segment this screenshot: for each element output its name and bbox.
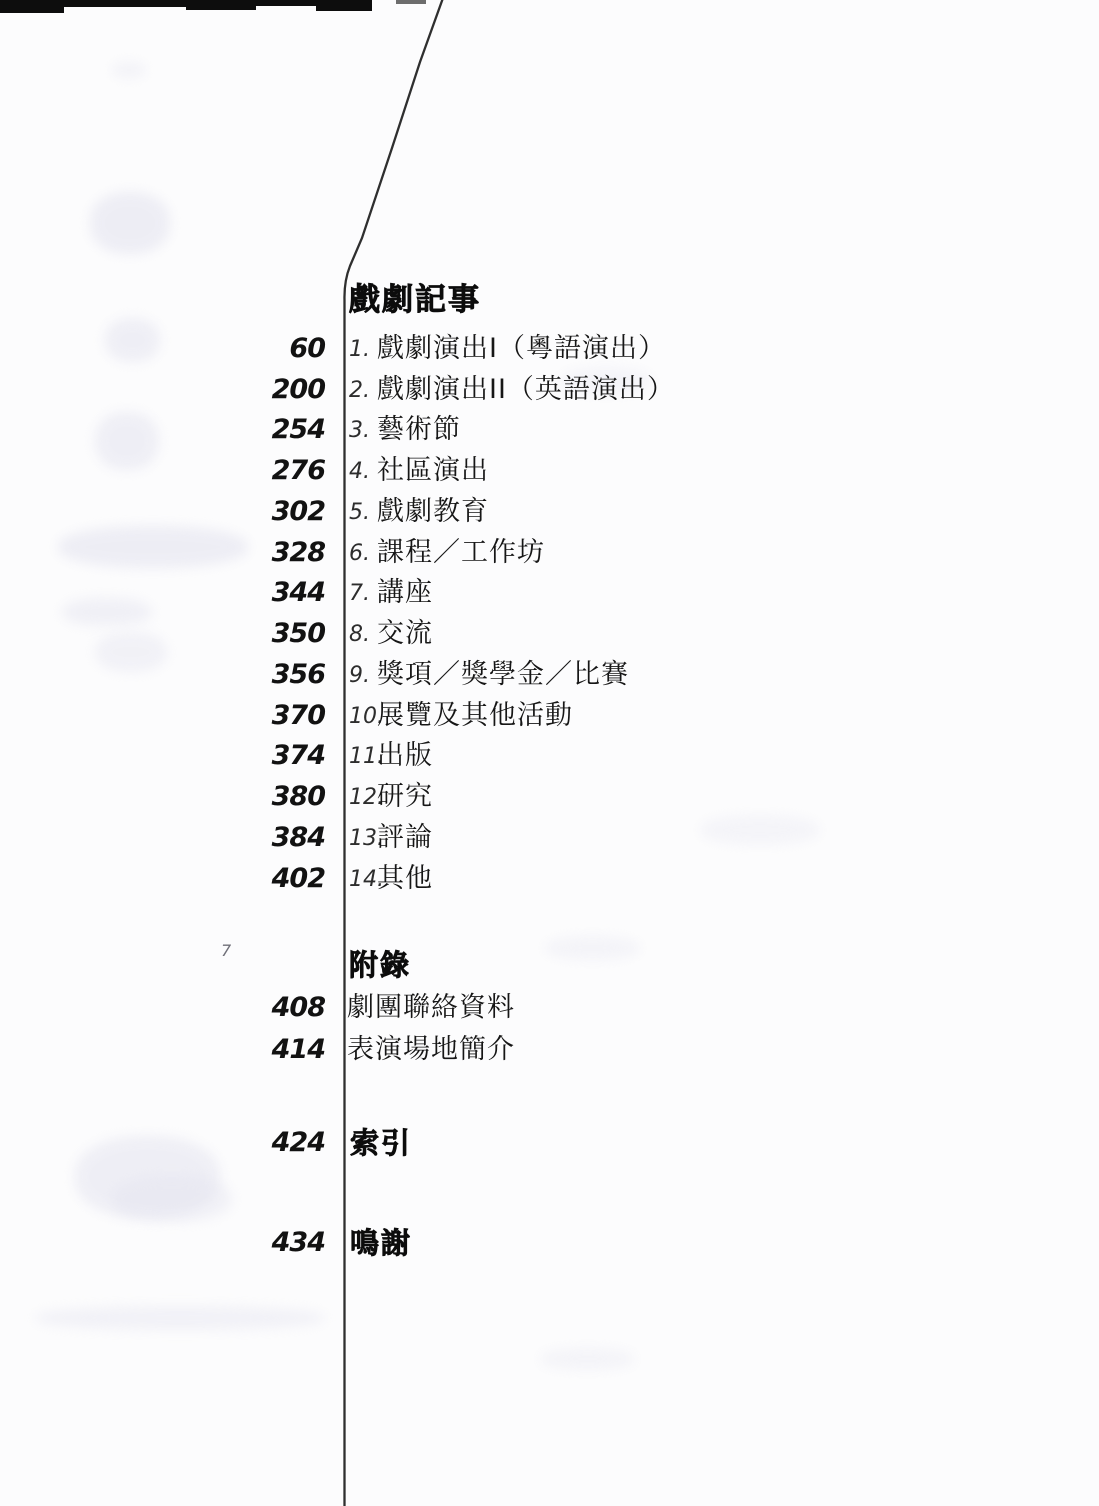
page-number: 356 bbox=[0, 658, 325, 692]
item-number: 1. bbox=[349, 337, 370, 363]
item-title: 評論 bbox=[377, 822, 433, 854]
page-number: 370 bbox=[0, 699, 325, 733]
toc-row: 380 12. 研究 bbox=[0, 780, 760, 814]
toc-row: 328 6. 課程／工作坊 bbox=[0, 536, 760, 570]
item-title: 課程／工作坊 bbox=[377, 537, 545, 569]
item-title: 藝術節 bbox=[377, 414, 461, 446]
smudge bbox=[90, 192, 170, 254]
page-number: 200 bbox=[0, 373, 325, 407]
toc-row: 384 13. 評論 bbox=[0, 821, 760, 855]
toc-row: 370 10. 展覽及其他活動 bbox=[0, 699, 760, 733]
page-number: 424 bbox=[0, 1126, 325, 1160]
scan-artifact-segment bbox=[186, 0, 256, 10]
appendix-row: 408 劇團聯絡資料 bbox=[0, 991, 760, 1025]
item-title: 劇團聯絡資料 bbox=[347, 992, 515, 1024]
smudge bbox=[35, 1306, 325, 1330]
page-number: 328 bbox=[0, 536, 325, 570]
page-number: 384 bbox=[0, 821, 325, 855]
page-number: 350 bbox=[0, 617, 325, 651]
margin-mark: 7 bbox=[221, 941, 231, 960]
scan-artifact-segment bbox=[252, 0, 320, 6]
item-title: 交流 bbox=[377, 618, 433, 650]
toc-row: 276 4. 社區演出 bbox=[0, 454, 760, 488]
scan-artifact-segment bbox=[60, 0, 190, 7]
toc-row: 302 5. 戲劇教育 bbox=[0, 495, 760, 529]
item-title: 講座 bbox=[377, 577, 433, 609]
index-label: 索引 bbox=[350, 1126, 412, 1160]
item-number: 7. bbox=[349, 581, 370, 607]
acknowledgements-label: 鳴謝 bbox=[350, 1226, 412, 1260]
toc-row: 350 8. 交流 bbox=[0, 617, 760, 651]
item-title: 表演場地簡介 bbox=[347, 1034, 515, 1066]
page-number: 414 bbox=[0, 1033, 325, 1067]
page-number: 60 bbox=[0, 332, 325, 366]
page-number: 374 bbox=[0, 739, 325, 773]
toc-row: 356 9. 獎項／獎學金／比賽 bbox=[0, 658, 760, 692]
item-title: 戲劇演出I（粵語演出） bbox=[377, 333, 666, 365]
item-title: 其他 bbox=[377, 863, 433, 895]
smudge bbox=[540, 1348, 635, 1370]
page-number: 344 bbox=[0, 576, 325, 610]
page-number: 254 bbox=[0, 413, 325, 447]
index-row: 424 索引 bbox=[0, 1126, 760, 1160]
item-number: 6. bbox=[349, 541, 370, 567]
toc-row: 374 11. 出版 bbox=[0, 739, 760, 773]
item-title: 展覽及其他活動 bbox=[377, 700, 573, 732]
scan-artifact-segment bbox=[0, 0, 64, 13]
scan-artifact-segment bbox=[316, 0, 372, 11]
item-number: 9. bbox=[349, 663, 370, 689]
smudge bbox=[545, 936, 640, 960]
section-header-drama-records: 戲劇記事 bbox=[349, 285, 481, 316]
page-number: 380 bbox=[0, 780, 325, 814]
toc-row: 402 14. 其他 bbox=[0, 862, 760, 896]
smudge bbox=[112, 62, 146, 78]
item-title: 社區演出 bbox=[377, 455, 489, 487]
item-number: 8. bbox=[349, 622, 370, 648]
item-title: 戲劇教育 bbox=[377, 496, 489, 528]
smudge bbox=[112, 1176, 232, 1222]
item-number: 3. bbox=[349, 418, 370, 444]
toc-row: 200 2. 戲劇演出II（英語演出） bbox=[0, 373, 760, 407]
page-number: 276 bbox=[0, 454, 325, 488]
item-title: 研究 bbox=[377, 781, 433, 813]
item-number: 4. bbox=[349, 459, 370, 485]
item-title: 獎項／獎學金／比賽 bbox=[377, 659, 629, 691]
toc-row: 60 1. 戲劇演出I（粵語演出） bbox=[0, 332, 760, 366]
item-number: 2. bbox=[349, 378, 370, 404]
toc-row: 344 7. 講座 bbox=[0, 576, 760, 610]
acknowledgements-row: 434 鳴謝 bbox=[0, 1226, 760, 1260]
item-number: 5. bbox=[349, 500, 370, 526]
item-title: 戲劇演出II（英語演出） bbox=[377, 374, 675, 406]
page-number: 302 bbox=[0, 495, 325, 529]
page-number: 408 bbox=[0, 991, 325, 1025]
section-header-appendix: 附錄 bbox=[349, 951, 411, 980]
page-number: 402 bbox=[0, 862, 325, 896]
page-number: 434 bbox=[0, 1226, 325, 1260]
item-title: 出版 bbox=[377, 740, 433, 772]
scan-artifact-segment bbox=[396, 0, 426, 4]
appendix-row: 414 表演場地簡介 bbox=[0, 1033, 760, 1067]
toc-row: 254 3. 藝術節 bbox=[0, 413, 760, 447]
